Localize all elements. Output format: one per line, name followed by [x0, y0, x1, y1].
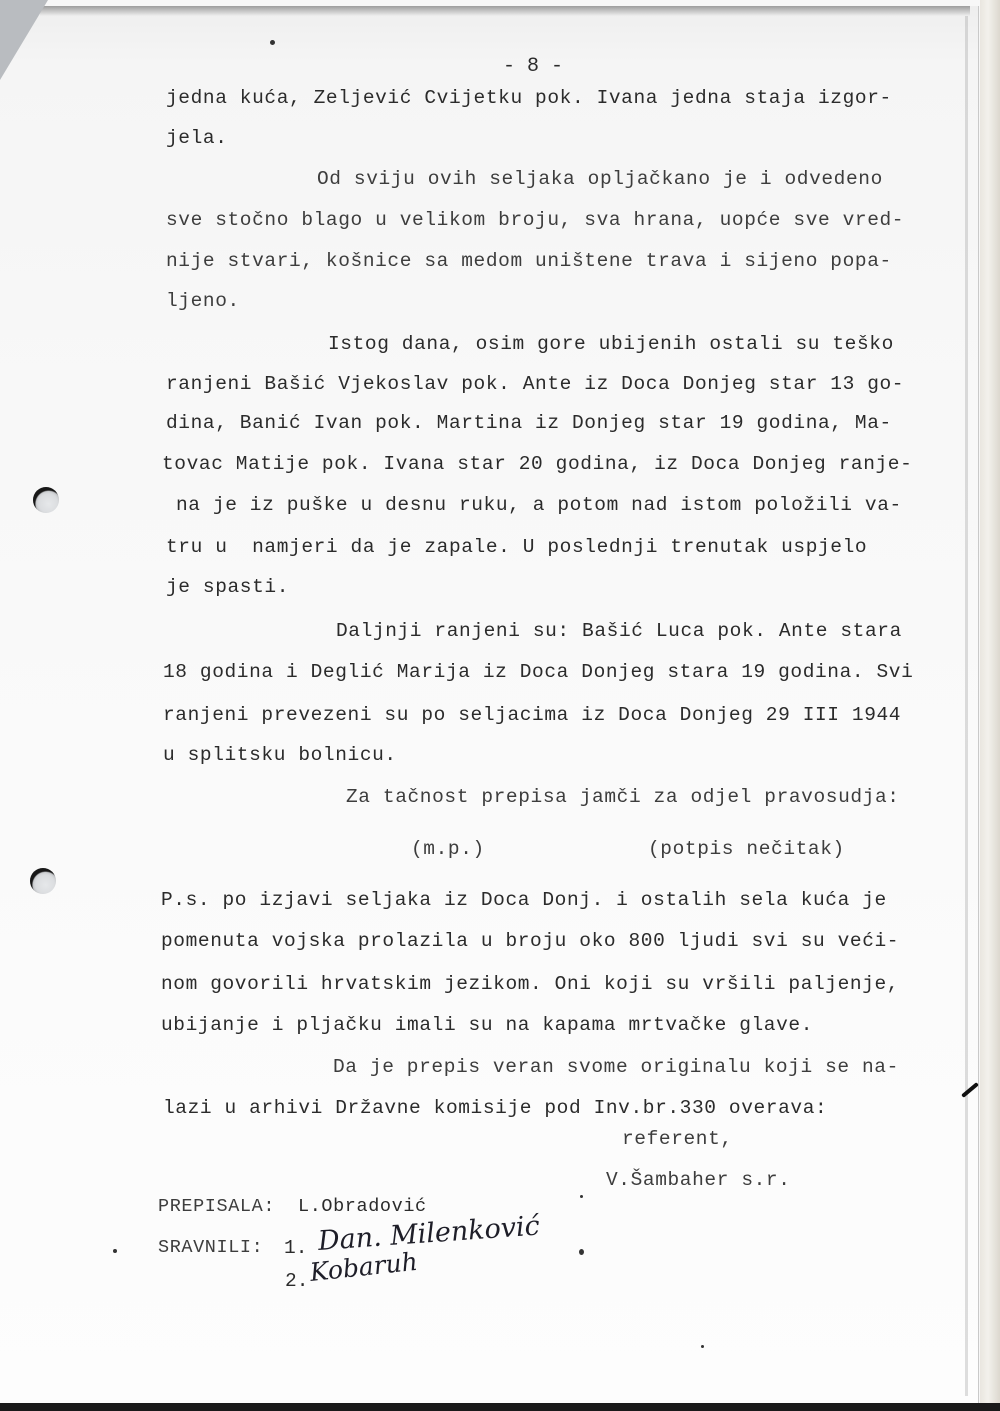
ink-speck — [270, 40, 275, 45]
text-line: pomenuta vojska prolazila u broju oko 80… — [161, 930, 899, 952]
compared-by-number: 1. — [284, 1237, 307, 1259]
text-line: ubijanje i pljačku imali su na kapama mr… — [161, 1014, 813, 1036]
text-line: jedna kuća, Zeljević Cvijetku pok. Ivana… — [166, 87, 892, 109]
text-line: ljeno. — [166, 290, 240, 312]
text-line: Istog dana, osim gore ubijenih ostali su… — [328, 333, 894, 355]
text-line: u splitsku bolnicu. — [163, 744, 397, 766]
text-line: Daljnji ranjeni su: Bašić Luca pok. Ante… — [336, 620, 902, 642]
signature-note: (potpis nečitak) — [648, 838, 845, 860]
text-line: P.s. po izjavi seljaka iz Doca Donj. i o… — [161, 889, 887, 911]
text-line: jela. — [166, 127, 228, 149]
page-edge-right — [980, 0, 1000, 1405]
text-line: tovac Matije pok. Ivana star 20 godina, … — [162, 453, 912, 475]
text-line: tru u namjeri da je zapale. U poslednji … — [166, 536, 867, 558]
text-line: lazi u arhivi Državne komisije pod Inv.b… — [163, 1097, 827, 1119]
seal-note: (m.p.) — [411, 838, 485, 860]
text-line: je spasti. — [166, 576, 289, 598]
page-edge-bottom — [0, 1403, 1000, 1411]
ink-speck — [701, 1345, 704, 1348]
text-line: na je iz puške u desnu ruku, a potom nad… — [176, 494, 902, 516]
referent-name: V.Šambaher s.r. — [606, 1169, 791, 1191]
punch-hole-icon — [33, 487, 59, 513]
text-line: nije stvari, košnice sa medom uništene t… — [166, 250, 892, 272]
text-line: nom govorili hrvatskim jezikom. Oni koji… — [161, 973, 899, 995]
text-line: sve stočno blago u velikom broju, sva hr… — [166, 209, 904, 231]
text-line: ranjeni prevezeni su po seljacima iz Doc… — [163, 704, 901, 726]
ink-speck — [580, 1195, 583, 1198]
text-line: 18 godina i Deglić Marija iz Doca Donjeg… — [163, 661, 913, 683]
certification-line: Za tačnost prepisa jamči za odjel pravos… — [346, 786, 900, 808]
folded-corner — [0, 0, 48, 80]
text-line: Da je prepis veran svome originalu koji … — [333, 1056, 899, 1078]
transcribed-by-name: L.Obradović — [298, 1196, 427, 1217]
transcribed-by-label: PREPISALA: — [158, 1196, 275, 1217]
ink-speck — [579, 1249, 584, 1255]
text-line: ranjeni Bašić Vjekoslav pok. Ante iz Doc… — [166, 373, 904, 395]
text-line: Od sviju ovih seljaka opljačkano je i od… — [317, 168, 883, 190]
compared-by-number: 2. — [285, 1270, 308, 1292]
ink-speck — [113, 1249, 117, 1253]
referent-title: referent, — [622, 1128, 733, 1150]
punch-hole-icon — [30, 868, 56, 894]
text-line: dina, Banić Ivan pok. Martina iz Donjeg … — [166, 412, 892, 434]
page-number: - 8 - — [503, 55, 563, 78]
compared-by-label: SRAVNILI: — [158, 1237, 263, 1258]
